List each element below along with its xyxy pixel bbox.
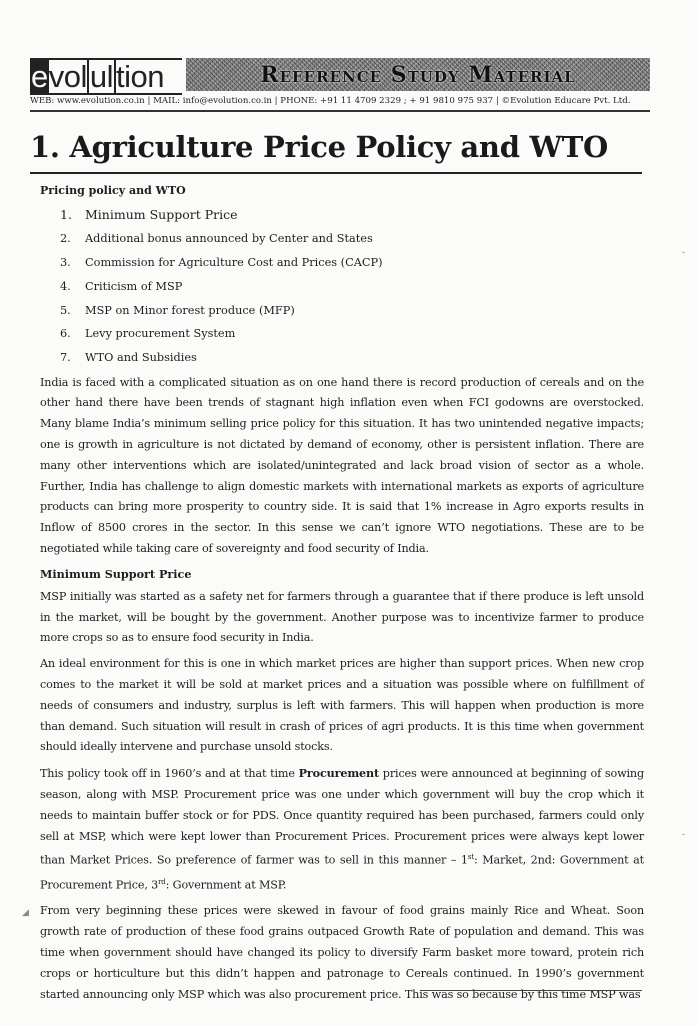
contact-line: WEB: www.evolution.co.in | MAIL: info@ev… [30,96,650,106]
list-item: 2.Additional bonus announced by Center a… [60,227,644,251]
document-body: Pricing policy and WTO 1.Minimum Support… [40,184,644,1005]
msp-paragraph-1: MSP initially was started as a safety ne… [40,587,644,649]
list-item: 7.WTO and Subsidies [60,346,644,370]
topic-list: 1.Minimum Support Price 2.Additional bon… [40,203,644,370]
msp-paragraph-3: This policy took off in 1960’s and at th… [40,763,644,896]
msp-paragraph-2: An ideal environment for this is one in … [40,654,644,758]
title-divider [30,172,642,174]
margin-mark: - [682,830,685,840]
page-header: e vol ul tion Reference Study Material W… [30,58,650,114]
document-page: e vol ul tion Reference Study Material W… [0,0,697,1026]
logo-tion: tion [116,61,164,92]
section-heading: Pricing policy and WTO [40,184,644,197]
list-item: 4.Criticism of MSP [60,274,644,298]
banner-text: Reference Study Material [260,62,575,88]
list-item: 6.Levy procurement System [60,322,644,346]
page-title: 1. Agriculture Price Policy and WTO [30,130,640,164]
margin-mark: ◢ [22,908,29,918]
logo-e: e [30,60,49,93]
intro-paragraph: India is faced with a complicated situat… [40,373,644,560]
header-divider [30,110,650,112]
evolution-logo: e vol ul tion [30,58,182,95]
list-item: 5.MSP on Minor forest produce (MFP) [60,298,644,322]
margin-mark: - [682,248,685,258]
reference-banner: Reference Study Material [186,58,650,91]
logo-ul: ul [87,60,116,93]
list-item: 1.Minimum Support Price [60,203,644,227]
list-item: 3.Commission for Agriculture Cost and Pr… [60,251,644,275]
footer-divider [420,990,642,991]
msp-heading: Minimum Support Price [40,564,644,584]
logo-vol: vol [49,61,87,92]
